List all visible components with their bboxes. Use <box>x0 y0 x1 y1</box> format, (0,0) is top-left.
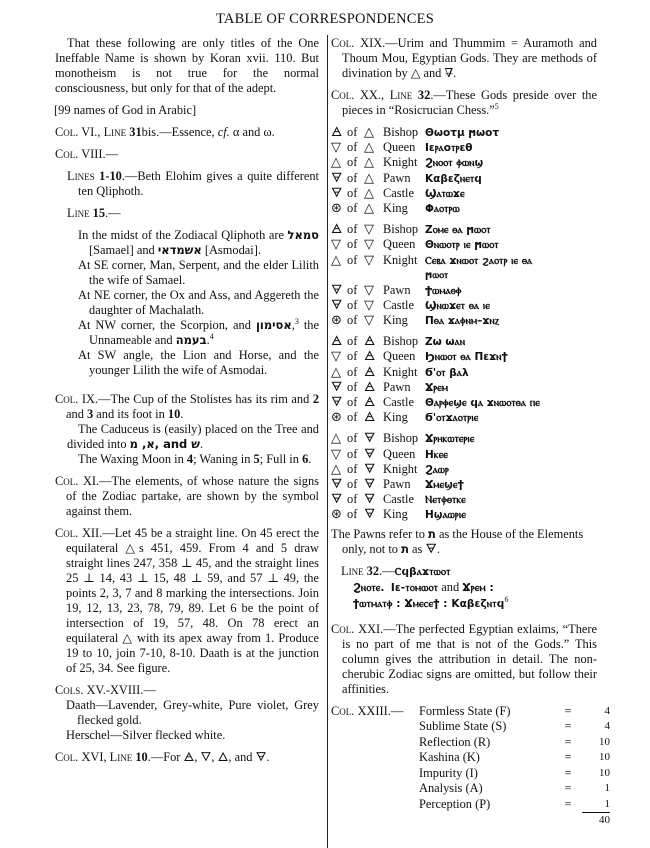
hebrew-samael: סמאל <box>288 228 319 242</box>
fire-triangle-icon: △ <box>364 186 383 201</box>
item-text: At NW corner, the Scorpion, and <box>78 318 256 332</box>
chess-piece-name: Knight <box>383 155 425 170</box>
page-title: TABLE OF CORRESPONDENCES <box>0 12 650 27</box>
air-triangle-icon: 🜁 <box>364 410 383 425</box>
pawns-text: as <box>409 542 426 556</box>
col9-text: . <box>180 407 183 421</box>
coptic-name: Ϩⲛⲟⲧⲉ. <box>353 582 385 594</box>
fire-triangle-icon: △ <box>364 171 383 186</box>
of-label: of <box>347 186 364 201</box>
intro-paragraph: That these following are only titles of … <box>55 36 319 96</box>
line32-line1: Line 32.—Ⲥϥβⲁϫⲧⲱⲟⲧ <box>341 564 597 580</box>
air-triangle-icon: 🜁 <box>331 125 347 140</box>
footnote-ref[interactable]: 5 <box>495 102 499 111</box>
qliphoth-item-midst: In the midst of the Zodiacal Qliphoth ar… <box>78 228 319 258</box>
moon-text: The Waxing Moon in <box>78 452 187 466</box>
col16-entry: Col. XVI, Line 10.—For 🜁, 🜄, 🜂, and 🜃. <box>55 750 319 765</box>
chess-row: ▽of🜁QueenϦⲛⲱⲟⲧ ⲑⲁ Πεϫⲛϯ <box>331 349 597 364</box>
earth-triangle-icon: 🜃 <box>364 447 383 462</box>
line32-line3: ϯⲱⲧⲙⲁⲧⲫ : Ϫⲙⲉⲥⲉϯ : Καβεζⲛⲧϥ6 <box>341 596 597 612</box>
egyptian-god-name: Θⲁⲣⲫⲉϣⲉ ϥⲁ ϫⲛⲱⲟⲧⲑⲁ ⲡⲉ <box>425 396 597 411</box>
egyptian-god-name: Καβεζⲛⲉⲧϥ <box>425 172 597 187</box>
chess-piece-name: King <box>383 201 425 216</box>
chess-row: △of▽KnightⲤⲉⲃⲁ ϫⲛⲱⲟⲧ ϩⲁⲟⲧⲣ ⲓⲉ ⲑⲁ <box>331 253 597 268</box>
chess-row: 🜃of▽CastleϢⲛⲱϫⲉⲧ ⲑⲁ ⲓⲉ <box>331 298 597 313</box>
of-label: of <box>347 410 364 425</box>
chess-row: ▽of△QueenΙεⲣⲁοⲧⲣεθ <box>331 140 597 155</box>
chess-row: 🜃of▽PawnϮⲱⲙⲁⲑⲫ <box>331 283 597 298</box>
earth-triangle-icon: 🜃 <box>331 380 347 395</box>
hebrew-tau: ת <box>428 527 436 541</box>
line-label: Line <box>390 88 418 102</box>
chess-row: △of△KnightϨⲛⲟⲟⲧ ⲫⲱⲛϣ <box>331 155 597 170</box>
egyptian-god-name-continued: ϻⲱⲟⲧ <box>331 268 597 283</box>
spirit-wheel-icon: ⊛ <box>331 313 347 328</box>
chess-row: 🜃of△PawnΚαβεζⲛⲉⲧϥ <box>331 171 597 186</box>
chess-row: ▽of🜃QueenΗⲕⲉⲉ <box>331 447 597 462</box>
egyptian-god-name: Φⲁⲟⲧⲣⲱ <box>425 202 597 217</box>
line15-dash: .— <box>105 206 121 220</box>
col12-text: —Let 45 be a straight line. On 45 erect … <box>66 526 319 675</box>
lines-label: Lines <box>67 169 99 183</box>
caduceus-paragraph: The Caduceus is (easily) placed on the T… <box>67 422 319 452</box>
chess-row: ▽of▽QueenΘⲛⲱⲟⲧⲣ ⲓⲉ ϻⲱⲟⲧ <box>331 237 597 252</box>
egyptian-god-name: Ϫⲙⲉϣⲉϯ <box>425 478 597 493</box>
egyptian-god-name: Θωοτμ ϻωοτ <box>425 126 597 141</box>
egyptian-god-name: Ϫⲣⲉⲙ <box>425 381 597 396</box>
of-label: of <box>347 155 364 170</box>
chess-piece-name: Queen <box>383 349 425 364</box>
of-label: of <box>347 253 364 268</box>
line-label: Line <box>341 564 367 578</box>
col20-entry: Col. XX., Line 32.—These Gods preside ov… <box>331 88 597 118</box>
of-label: of <box>347 334 364 349</box>
col19-entry: Col. XIX.—Urim and Thummim = Auramoth an… <box>331 36 597 81</box>
chess-row: △of🜃BishopϪⲣⲏⲕⲱⲧⲉⲣⲓⲉ <box>331 431 597 446</box>
of-label: of <box>347 171 364 186</box>
egyptian-god-name: Θⲛⲱⲟⲧⲣ ⲓⲉ ϻⲱⲟⲧ <box>425 238 597 253</box>
earth-triangle-icon: 🜃 <box>364 477 383 492</box>
chess-row: △of🜃KnightϨⲁⲱⲣ <box>331 462 597 477</box>
fire-triangle-icon: △ <box>331 462 347 477</box>
qliphoth-item-ne: At NE corner, the Ox and Ass, and Aggere… <box>78 288 319 318</box>
item-text: In the midst of the Zodiacal Qliphoth ar… <box>78 228 288 242</box>
col8-label: Col. VIII.— <box>55 147 319 162</box>
chess-piece-name: Castle <box>383 492 425 507</box>
col23-states-table: Col. XXIII.—Formless State (F)=4Sublime … <box>331 704 597 829</box>
hebrew-tau: ת <box>401 542 409 556</box>
egyptian-god-name: Ϭ'ⲟⲧϫⲁⲟⲧⲣⲓⲉ <box>425 411 597 426</box>
egyptian-god-name: Ϫⲣⲏⲕⲱⲧⲉⲣⲓⲉ <box>425 432 597 447</box>
state-value: 1 <box>582 797 610 813</box>
chess-piece-name: Knight <box>383 462 425 477</box>
chess-piece-name: Castle <box>383 395 425 410</box>
hebrew-asmodai: אשמדאי <box>158 243 202 257</box>
water-triangle-icon: ▽ <box>364 298 383 313</box>
footnote-ref[interactable]: 4 <box>210 332 214 341</box>
qliphoth-list: In the midst of the Zodiacal Qliphoth ar… <box>78 228 319 378</box>
chess-piece-name: Queen <box>383 447 425 462</box>
egyptian-god-name: Ηϣⲁⲱⲣⲓⲉ <box>425 508 597 523</box>
line32-line2: Ϩⲛⲟⲧⲉ. Ιε-ⲧⲟⲙⲱⲟⲧ and Ϫⲣⲉⲙ : <box>341 580 597 596</box>
chess-piece-name: Castle <box>383 186 425 201</box>
col6-label: Col. VI., <box>55 125 104 139</box>
cols15-18-label: Cols. XV.-XVIII.— <box>55 683 319 698</box>
qliphoth-item-se: At SE corner, Man, Serpent, and the elde… <box>78 258 319 288</box>
earth-triangle-icon: 🜃 <box>364 462 383 477</box>
col11-text: —The elements, of whose nature the signs… <box>66 474 319 518</box>
coptic-name: ϯⲱⲧⲙⲁⲧⲫ : Ϫⲙⲉⲥⲉϯ : Καβεζⲛⲧϥ <box>353 598 504 610</box>
state-value: 10 <box>582 750 610 766</box>
line15-label: Line <box>67 206 93 220</box>
coptic-name: Ιε-ⲧⲟⲙⲱⲟⲧ <box>391 582 438 594</box>
egyptian-god-name: Ϯⲱⲙⲁⲑⲫ <box>425 284 597 299</box>
of-label: of <box>347 492 364 507</box>
arabic-note: [99 names of God in Arabic] <box>54 103 319 118</box>
chess-row: ⊛of🜃KingΗϣⲁⲱⲣⲓⲉ <box>331 507 597 522</box>
hebrew-asimon: אסימון <box>256 318 292 332</box>
col16-label: Col. XVI, Line <box>55 750 135 764</box>
chess-piece-name: King <box>383 410 425 425</box>
cf-abbrev: cf. <box>218 125 230 139</box>
chess-row: 🜃of🜃CastleⲚⲉⲧⲫⲑⲧⲕⲉ <box>331 492 597 507</box>
col21-entry: Col. XXI.—The perfected Egyptian exlaims… <box>331 622 597 697</box>
chess-piece-name: Knight <box>383 253 425 268</box>
water-triangle-icon: ▽ <box>331 140 347 155</box>
spirit-wheel-icon: ⊛ <box>331 201 347 216</box>
state-value: 10 <box>582 735 610 751</box>
air-triangle-icon: 🜁 <box>331 222 347 237</box>
chess-row: 🜁of🜁BishopΖω ωⲁⲛ <box>331 334 597 349</box>
of-label: of <box>347 349 364 364</box>
water-triangle-icon: ▽ <box>331 349 347 364</box>
equals-sign: = <box>554 766 582 782</box>
chess-row: 🜃of🜁CastleΘⲁⲣⲫⲉϣⲉ ϥⲁ ϫⲛⲱⲟⲧⲑⲁ ⲡⲉ <box>331 395 597 410</box>
line15-heading: Line 15.— <box>67 206 319 221</box>
line32-block: Line 32.—Ⲥϥβⲁϫⲧⲱⲟⲧ Ϩⲛⲟⲧⲉ. Ιε-ⲧⲟⲙⲱⲟⲧ and … <box>341 564 597 612</box>
earth-symbol-icon: 🜃 <box>425 542 436 557</box>
col9-label: Col. IX. <box>55 392 98 406</box>
chess-piece-name: King <box>383 507 425 522</box>
state-name: Impurity (I) <box>419 766 554 782</box>
chess-piece-name: Bishop <box>383 334 425 349</box>
egyptian-god-name: Ϩⲁⲱⲣ <box>425 463 597 478</box>
col9-text: —The Cup of the Stolistes has its rim an… <box>98 392 313 406</box>
line-number: 31 <box>129 125 141 139</box>
air-triangle-icon: 🜁 <box>364 380 383 395</box>
state-value: 4 <box>582 704 610 720</box>
chess-piece-name: Knight <box>383 365 425 380</box>
moon-text: ; Full in <box>260 452 302 466</box>
egyptian-god-name: Ⲥⲉⲃⲁ ϫⲛⲱⲟⲧ ϩⲁⲟⲧⲣ ⲓⲉ ⲑⲁ <box>425 254 597 269</box>
state-name: Perception (P) <box>419 797 554 813</box>
state-name: Sublime State (S) <box>419 719 554 735</box>
earth-triangle-icon: 🜃 <box>331 395 347 410</box>
egyptian-god-name: Ηⲕⲉⲉ <box>425 448 597 463</box>
chess-row: △of🜁KnightϬ'ⲟⲧ βⲁλ <box>331 365 597 380</box>
of-label: of <box>347 431 364 446</box>
of-label: of <box>347 125 364 140</box>
column-divider <box>327 35 328 848</box>
fire-triangle-icon: △ <box>331 431 347 446</box>
equals-sign: = <box>554 797 582 813</box>
col9-text: and its foot in <box>93 407 168 421</box>
equals-sign: = <box>554 704 582 720</box>
fire-triangle-icon: △ <box>364 125 383 140</box>
line32-dash: .— <box>379 564 395 578</box>
caduceus-text: . <box>200 437 203 451</box>
chess-piece-name: Pawn <box>383 283 425 298</box>
egyptian-god-name: Πⲑⲁ ϫⲁⲫⲛⲙ–ϫⲛⲍ <box>425 314 597 329</box>
item-text: [Samael] and <box>89 243 158 257</box>
of-label: of <box>347 395 364 410</box>
of-label: of <box>347 462 364 477</box>
equals-sign: = <box>554 735 582 751</box>
equals-sign: = <box>554 750 582 766</box>
fire-triangle-icon: △ <box>364 155 383 170</box>
spacer <box>331 735 419 751</box>
chess-piece-name: Queen <box>383 140 425 155</box>
fire-triangle-icon: △ <box>364 140 383 155</box>
fire-triangle-icon: △ <box>331 365 347 380</box>
water-triangle-icon: ▽ <box>331 447 347 462</box>
of-label: of <box>347 283 364 298</box>
col9-text: and <box>66 407 87 421</box>
chess-piece-name: Bishop <box>383 431 425 446</box>
col20-label: Col. XX., <box>331 88 390 102</box>
of-label: of <box>347 447 364 462</box>
water-triangle-icon: ▽ <box>331 237 347 252</box>
of-label: of <box>347 477 364 492</box>
water-triangle-icon: ▽ <box>364 253 383 268</box>
equals-sign: = <box>554 719 582 735</box>
earth-triangle-icon: 🜃 <box>364 431 383 446</box>
line-number: 10 <box>135 750 147 764</box>
footnote-ref[interactable]: 6 <box>504 594 508 603</box>
egyptian-god-name: Ϭ'ⲟⲧ βⲁλ <box>425 366 597 381</box>
line15-number: 15 <box>93 206 105 220</box>
earth-triangle-icon: 🜃 <box>331 492 347 507</box>
sephira-number: 10 <box>168 407 180 421</box>
air-triangle-icon: 🜁 <box>364 349 383 364</box>
line-number: 32 <box>367 564 379 578</box>
hebrew-mother-letters: א, מ, and ש <box>130 437 200 451</box>
state-name: Analysis (A) <box>419 781 554 797</box>
state-value: 4 <box>582 719 610 735</box>
chess-row: ⊛of▽KingΠⲑⲁ ϫⲁⲫⲛⲙ–ϫⲛⲍ <box>331 313 597 328</box>
equals-sign: = <box>554 781 582 797</box>
pawns-text: . <box>437 542 440 556</box>
earth-triangle-icon: 🜃 <box>364 492 383 507</box>
fire-triangle-icon: △ <box>364 201 383 216</box>
col19-label: Col. XIX. <box>331 36 385 50</box>
pawns-note: The Pawns refer to ת as the House of the… <box>331 527 597 557</box>
water-triangle-icon: ▽ <box>364 313 383 328</box>
states-total: 40 <box>582 812 610 829</box>
state-name: Reflection (R) <box>419 735 554 751</box>
air-triangle-icon: 🜁 <box>364 395 383 410</box>
daath-colors: Daath—Lavender, Grey-white, Pure violet,… <box>55 698 319 728</box>
spacer <box>419 812 554 828</box>
col8-lines-entry: Lines 1-10.—Beth Elohim gives a quite di… <box>67 169 319 199</box>
col6-tail: α and ω. <box>230 125 275 139</box>
of-label: of <box>347 140 364 155</box>
air-triangle-icon: 🜁 <box>331 334 347 349</box>
col23-label: Col. XXIII.— <box>331 704 419 720</box>
chess-row: 🜁of▽BishopΖⲟⲙⲉ ⲑⲁ ϻⲱⲟⲧ <box>331 222 597 237</box>
chess-piece-name: Pawn <box>383 380 425 395</box>
right-column: Col. XIX.—Urim and Thummim = Auramoth an… <box>331 36 597 829</box>
line-number: 32 <box>418 88 430 102</box>
air-triangle-icon: 🜁 <box>364 365 383 380</box>
left-column: That these following are only titles of … <box>55 36 319 765</box>
intro-text: That these following are only titles of … <box>55 36 319 95</box>
moon-paragraph: The Waxing Moon in 4; Waning in 5; Full … <box>67 452 319 467</box>
chess-row: 🜃of🜁PawnϪⲣⲉⲙ <box>331 380 597 395</box>
egyptian-god-name: Ⲛⲉⲧⲫⲑⲧⲕⲉ <box>425 493 597 508</box>
sephira-number: 2 <box>313 392 319 406</box>
chess-piece-name: Castle <box>383 298 425 313</box>
of-label: of <box>347 507 364 522</box>
col11-label: Col. XI. <box>55 474 99 488</box>
chess-piece-name: Bishop <box>383 222 425 237</box>
col6-entry: Col. VI., Line 31bis.—Essence, cf. α and… <box>55 125 319 140</box>
chess-piece-name: Bishop <box>383 125 425 140</box>
item-text: [Asmodai]. <box>202 243 261 257</box>
water-triangle-icon: ▽ <box>364 222 383 237</box>
moon-text: ; Waning in <box>193 452 253 466</box>
earth-triangle-icon: 🜃 <box>331 186 347 201</box>
chess-row: 🜃of🜃PawnϪⲙⲉϣⲉϯ <box>331 477 597 492</box>
egyptian-god-name: Ιεⲣⲁοⲧⲣεθ <box>425 141 597 156</box>
spacer <box>331 797 419 813</box>
spirit-wheel-icon: ⊛ <box>331 507 347 522</box>
line32-and: and <box>438 580 462 594</box>
hebrew-baemah: בעמה <box>176 333 207 347</box>
air-triangle-icon: 🜁 <box>364 334 383 349</box>
egyptian-god-name: Ζⲟⲙⲉ ⲑⲁ ϻⲱⲟⲧ <box>425 223 597 238</box>
chess-piece-name: Queen <box>383 237 425 252</box>
spacer <box>331 750 419 766</box>
qliphoth-item-sw: At SW angle, the Lion and Horse, and the… <box>78 348 319 378</box>
col12-entry: Col. XII.—Let 45 be a straight line. On … <box>55 526 319 676</box>
egyptian-god-name: Ϧⲛⲱⲟⲧ ⲑⲁ Πεϫⲛϯ <box>425 350 597 365</box>
of-label: of <box>347 222 364 237</box>
earth-triangle-icon: 🜃 <box>331 171 347 186</box>
spacer <box>331 766 419 782</box>
pawns-text: The Pawns refer to <box>331 527 428 541</box>
col16-text: .—For 🜁, 🜄, 🜂, and 🜃. <box>148 750 270 764</box>
of-label: of <box>347 237 364 252</box>
water-triangle-icon: ▽ <box>364 283 383 298</box>
chess-piece-name: King <box>383 313 425 328</box>
col9-entry: Col. IX.—The Cup of the Stolistes has it… <box>55 392 319 422</box>
state-name: Kashina (K) <box>419 750 554 766</box>
state-value: 10 <box>582 766 610 782</box>
chess-piece-name: Pawn <box>383 171 425 186</box>
fire-triangle-icon: △ <box>331 253 347 268</box>
line-label: Line <box>104 125 130 139</box>
egyptian-god-name: Ϣⲁⲧⲱϫⲉ <box>425 187 597 202</box>
state-value: 1 <box>582 781 610 797</box>
state-name: Formless State (F) <box>419 704 554 720</box>
spacer <box>331 719 419 735</box>
moon-text: . <box>308 452 311 466</box>
water-triangle-icon: ▽ <box>364 237 383 252</box>
egyptian-god-name: Ϣⲛⲱϫⲉⲧ ⲑⲁ ⲓⲉ <box>425 299 597 314</box>
chess-row: 🜁of△BishopΘωοτμ ϻωοτ <box>331 125 597 140</box>
earth-triangle-icon: 🜃 <box>364 507 383 522</box>
earth-triangle-icon: 🜃 <box>331 298 347 313</box>
earth-triangle-icon: 🜃 <box>331 477 347 492</box>
coptic-name: Ϫⲣⲉⲙ : <box>462 582 494 594</box>
of-label: of <box>347 201 364 216</box>
chess-piece-name: Pawn <box>383 477 425 492</box>
earth-triangle-icon: 🜃 <box>331 283 347 298</box>
of-label: of <box>347 380 364 395</box>
chess-row: ⊛of🜁KingϬ'ⲟⲧϫⲁⲟⲧⲣⲓⲉ <box>331 410 597 425</box>
spacer <box>331 812 419 828</box>
lines-number: 1-10 <box>99 169 122 183</box>
col12-label: Col. XII. <box>55 526 102 540</box>
egyptian-god-name: Ϩⲛⲟⲟⲧ ⲫⲱⲛϣ <box>425 156 597 171</box>
chess-row: ⊛of△KingΦⲁⲟⲧⲣⲱ <box>331 201 597 216</box>
egyptian-god-name: Ζω ωⲁⲛ <box>425 335 597 350</box>
col6-text: bis.—Essence, <box>142 125 218 139</box>
herschel-colors: Herschel—Silver flecked white. <box>55 728 319 743</box>
of-label: of <box>347 365 364 380</box>
spirit-wheel-icon: ⊛ <box>331 410 347 425</box>
col21-label: Col. XXI. <box>331 622 383 636</box>
coptic-name: Ⲥϥβⲁϫⲧⲱⲟⲧ <box>395 566 451 578</box>
chess-row: 🜃of△CastleϢⲁⲧⲱϫⲉ <box>331 186 597 201</box>
spacer <box>554 812 582 828</box>
of-label: of <box>347 298 364 313</box>
rosicrucian-chess-table: 🜁of△BishopΘωοτμ ϻωοτ▽of△QueenΙεⲣⲁοⲧⲣεθ△o… <box>331 125 597 523</box>
spacer <box>331 781 419 797</box>
of-label: of <box>347 313 364 328</box>
col11-entry: Col. XI.—The elements, of whose nature t… <box>55 474 319 519</box>
fire-triangle-icon: △ <box>331 155 347 170</box>
qliphoth-item-nw: At NW corner, the Scorpion, and אסימון,3… <box>78 318 319 348</box>
